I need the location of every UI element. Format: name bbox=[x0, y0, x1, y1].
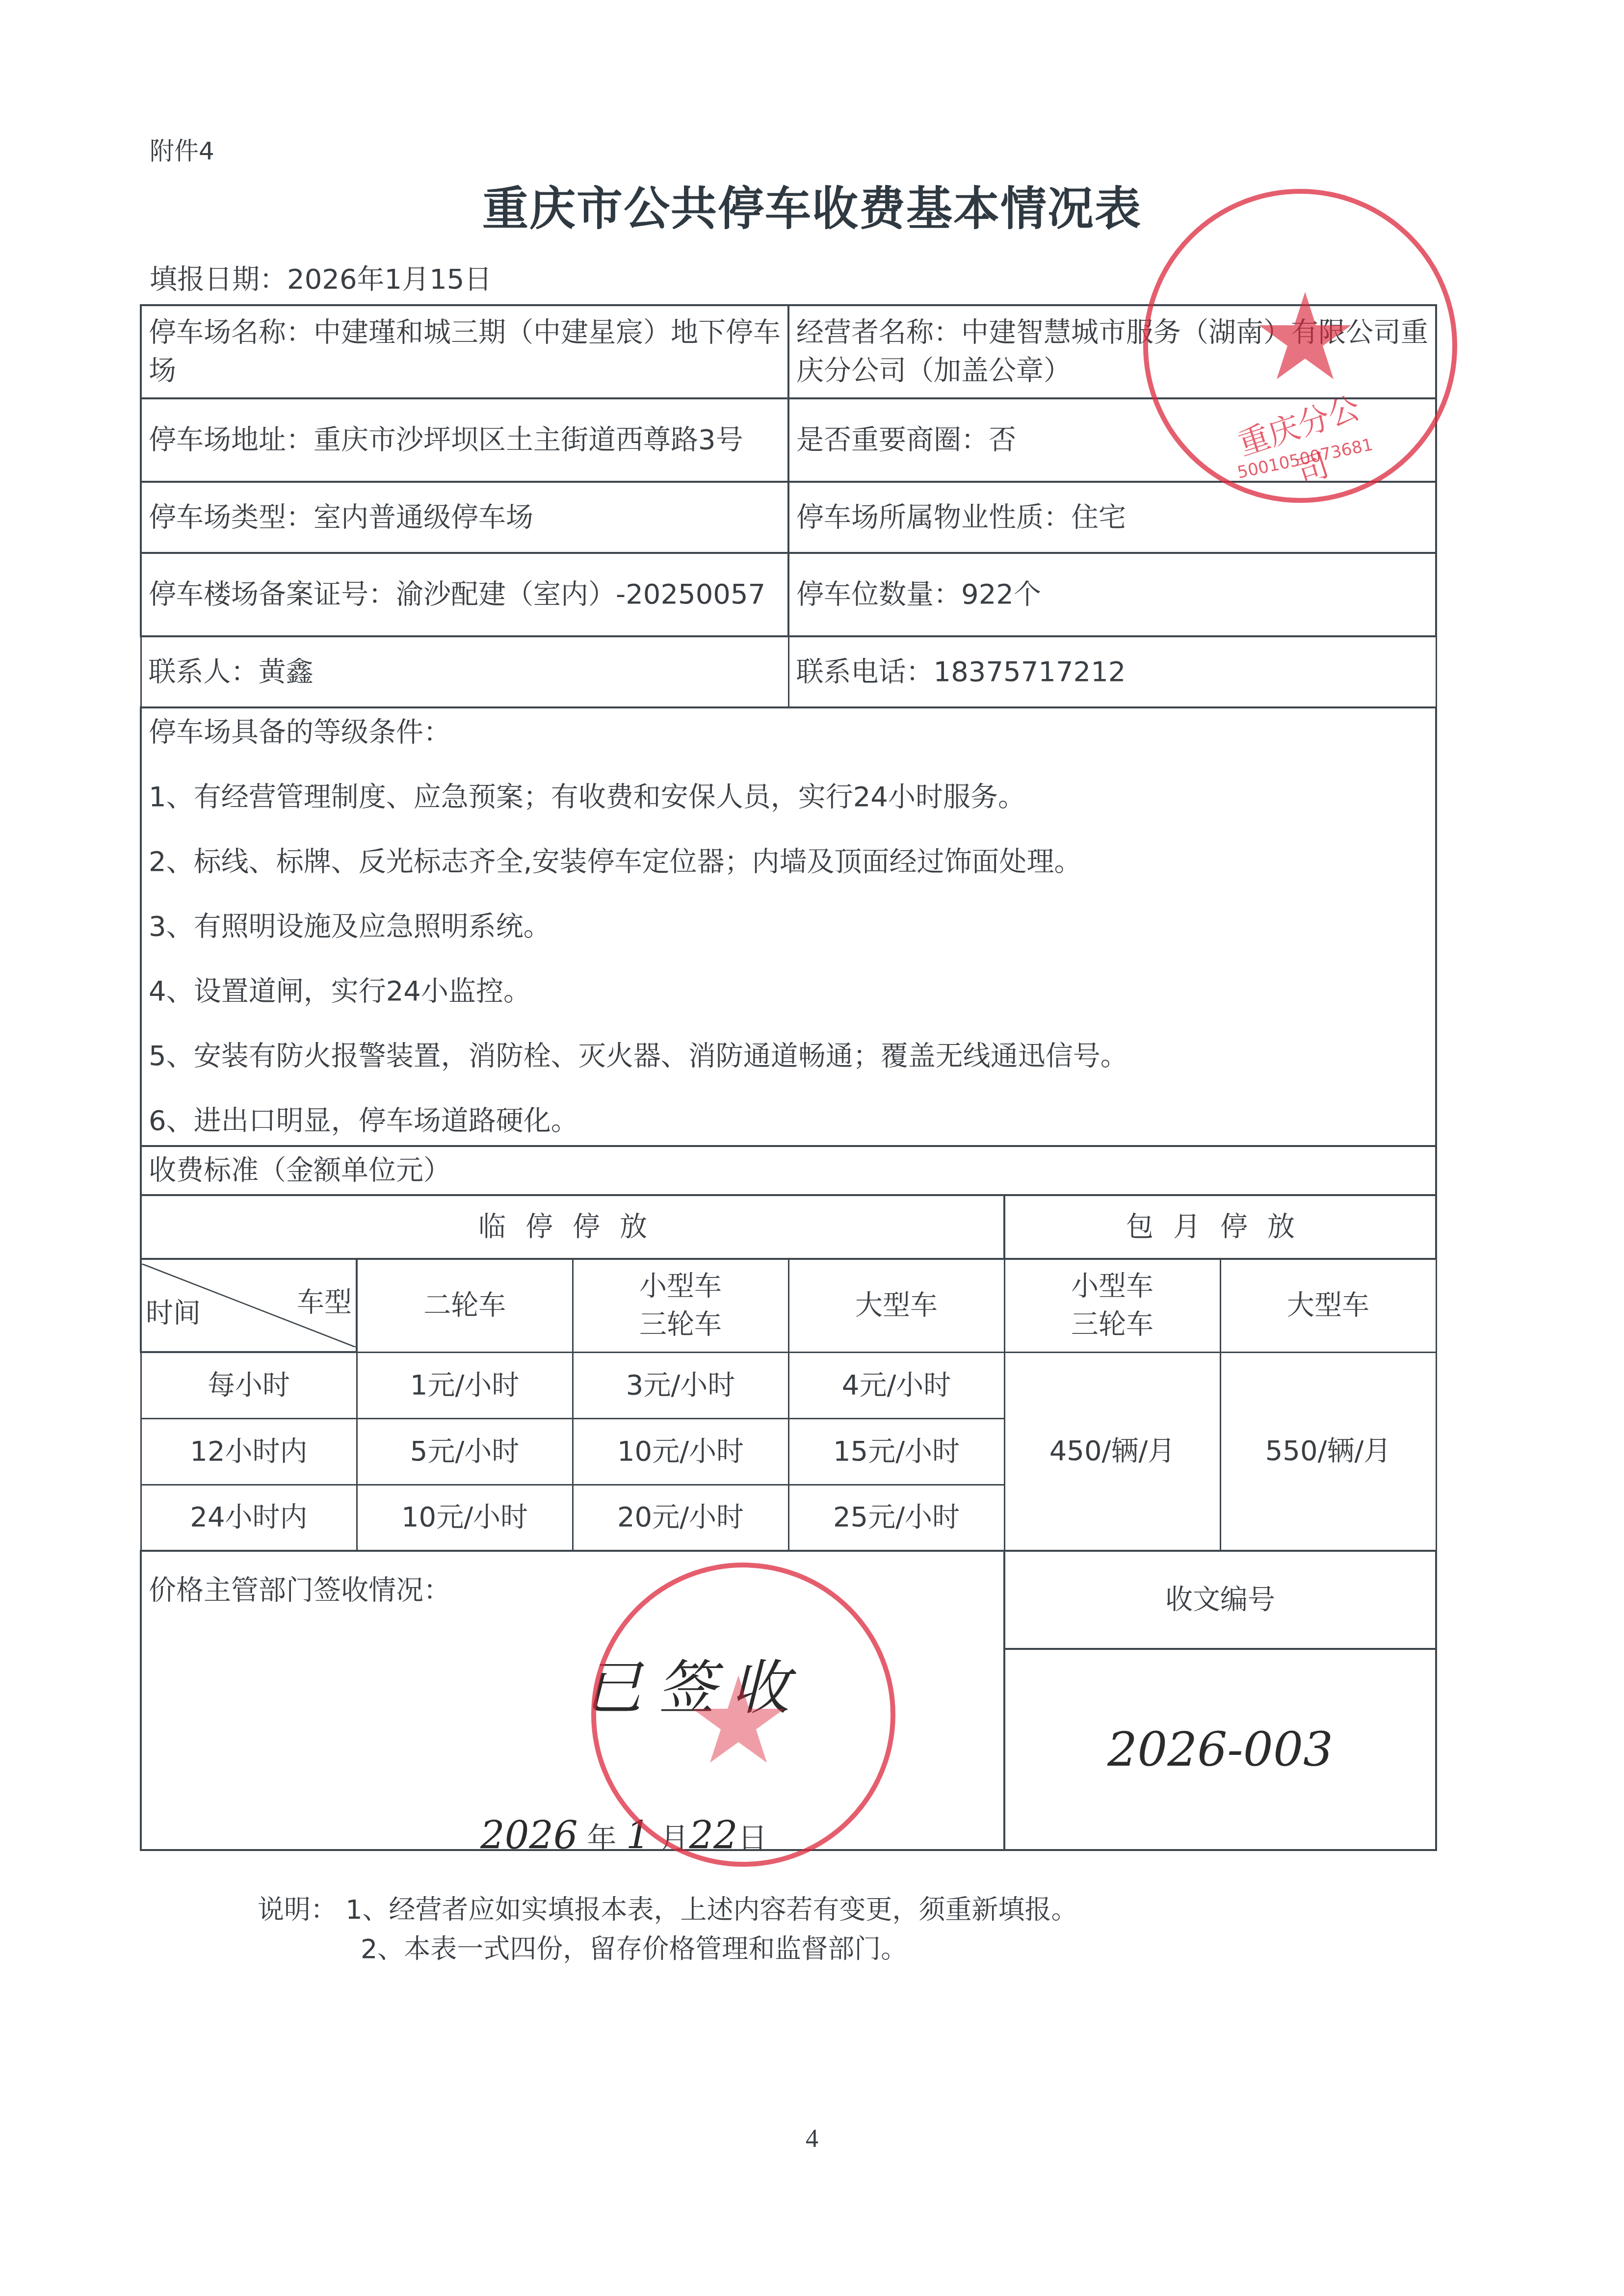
conditions-cell: 停车场具备的等级条件： 1、有经营管理制度、应急预案；有收费和安保人员，实行24… bbox=[141, 707, 1436, 1146]
doc-no-value: 2026-003 bbox=[1004, 1649, 1436, 1850]
condition-item: 5、安装有防火报警装置，消防栓、灭火器、消防通道畅通；覆盖无线通迅信号。 bbox=[149, 1037, 1428, 1075]
note-line-1: 说明： 1、经营者应如实填报本表，上述内容若有变更，须重新填报。 bbox=[258, 1889, 1078, 1927]
condition-item: 4、设置道闸，实行24小监控。 bbox=[149, 972, 1428, 1011]
condition-item: 3、有照明设施及应急照明系统。 bbox=[149, 908, 1428, 946]
temp-parking-header: 临停停放 bbox=[141, 1195, 1004, 1259]
col-header: 大型车 bbox=[1220, 1259, 1436, 1352]
info-table: 停车场名称：中建瑾和城三期（中建星宸）地下停车场 经营者名称：中建智慧城市服务（… bbox=[140, 304, 1437, 1851]
lot-name-cell: 停车场名称：中建瑾和城三期（中建星宸）地下停车场 bbox=[141, 305, 788, 398]
property-cell: 停车场所属物业性质：住宅 bbox=[788, 482, 1436, 553]
doc-no-label: 收文编号 bbox=[1004, 1551, 1436, 1649]
condition-item: 2、标线、标牌、反光标志齐全,安装停车定位器；内墙及顶面经过饰面处理。 bbox=[149, 843, 1428, 881]
sign-date: 2026 年 1 月22日 bbox=[480, 1817, 767, 1858]
col-header: 二轮车 bbox=[357, 1259, 573, 1352]
contact-cell: 联系人：黄鑫 bbox=[141, 636, 788, 707]
operator-cell: 经营者名称：中建智慧城市服务（湖南）有限公司重庆分公司（加盖公章） bbox=[788, 305, 1436, 398]
record-no-cell: 停车楼场备案证号：渝沙配建（室内）-20250057 bbox=[141, 553, 788, 636]
signature: 已签收 bbox=[583, 1670, 804, 1708]
col-header: 小型车 三轮车 bbox=[1004, 1259, 1220, 1352]
monthly-large-fee: 550/辆/月 bbox=[1220, 1352, 1436, 1551]
page-title: 重庆市公共停车收费基本情况表 bbox=[0, 172, 1624, 238]
address-cell: 停车场地址：重庆市沙坪坝区土主街道西尊路3号 bbox=[141, 398, 788, 482]
corner-header: 时间 车型 bbox=[141, 1259, 357, 1352]
monthly-parking-header: 包月停放 bbox=[1004, 1195, 1436, 1259]
col-header: 大型车 bbox=[788, 1259, 1004, 1352]
signoff-cell: 价格主管部门签收情况： 已签收 2026 年 1 月22日 bbox=[141, 1551, 1004, 1850]
fee-row: 每小时 1元/小时 3元/小时 4元/小时 450/辆/月 550/辆/月 bbox=[141, 1352, 1436, 1418]
phone-cell: 联系电话：18375717212 bbox=[788, 636, 1436, 707]
attachment-label: 附件4 bbox=[150, 131, 214, 167]
fill-date-value: 2026年1月15日 bbox=[287, 263, 492, 295]
note-line-2: 2、本表一式四份，留存价格管理和监督部门。 bbox=[361, 1928, 907, 1966]
conditions-heading: 停车场具备的等级条件： bbox=[149, 713, 1428, 752]
corner-type-label: 车型 bbox=[297, 1283, 352, 1322]
fill-date-label: 填报日期： bbox=[150, 263, 287, 295]
condition-item: 1、有经营管理制度、应急预案；有收费和安保人员，实行24小时服务。 bbox=[149, 778, 1428, 816]
monthly-small-fee: 450/辆/月 bbox=[1004, 1352, 1220, 1551]
key-district-cell: 是否重要商圈：否 bbox=[788, 398, 1436, 482]
spaces-cell: 停车位数量：922个 bbox=[788, 553, 1436, 636]
col-header: 小型车 三轮车 bbox=[573, 1259, 788, 1352]
page-number: 4 bbox=[0, 2124, 1624, 2153]
condition-item: 6、进出口明显，停车场道路硬化。 bbox=[149, 1102, 1428, 1140]
lot-type-cell: 停车场类型：室内普通级停车场 bbox=[141, 482, 788, 553]
fill-date: 填报日期：2026年1月15日 bbox=[150, 258, 492, 297]
fees-heading: 收费标准（金额单位元） bbox=[141, 1146, 1436, 1195]
corner-time-label: 时间 bbox=[146, 1294, 201, 1332]
signoff-label: 价格主管部门签收情况： bbox=[149, 1571, 996, 1610]
